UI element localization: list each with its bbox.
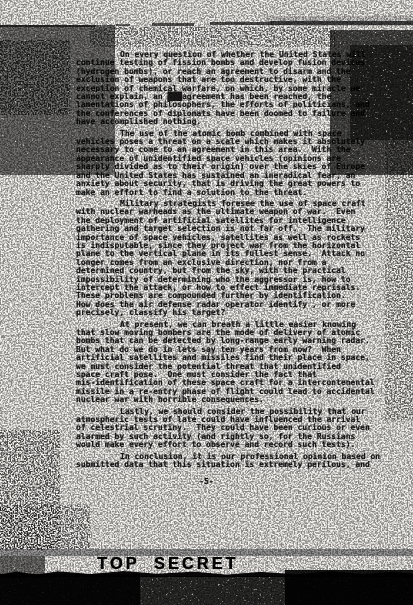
top-secret-stamp: TOP SECRET — [97, 556, 238, 573]
paragraph: Lastly, we should consider the possibili… — [76, 408, 382, 450]
paragraph: On every question of whether the United … — [76, 51, 382, 127]
paragraph: At present, we can breath a little easie… — [76, 321, 382, 405]
scan-bottom-shade — [0, 576, 413, 605]
paragraph: Military strategists foresee the use of … — [76, 200, 382, 318]
document-body: On every question of whether the United … — [76, 51, 382, 473]
scanned-document-page: On every question of whether the United … — [0, 0, 413, 605]
page-number: -5- — [0, 477, 413, 486]
paragraph: In conclusion, it is our professional op… — [76, 453, 382, 470]
paragraph: The use of the atomic bomb combined with… — [76, 130, 382, 197]
